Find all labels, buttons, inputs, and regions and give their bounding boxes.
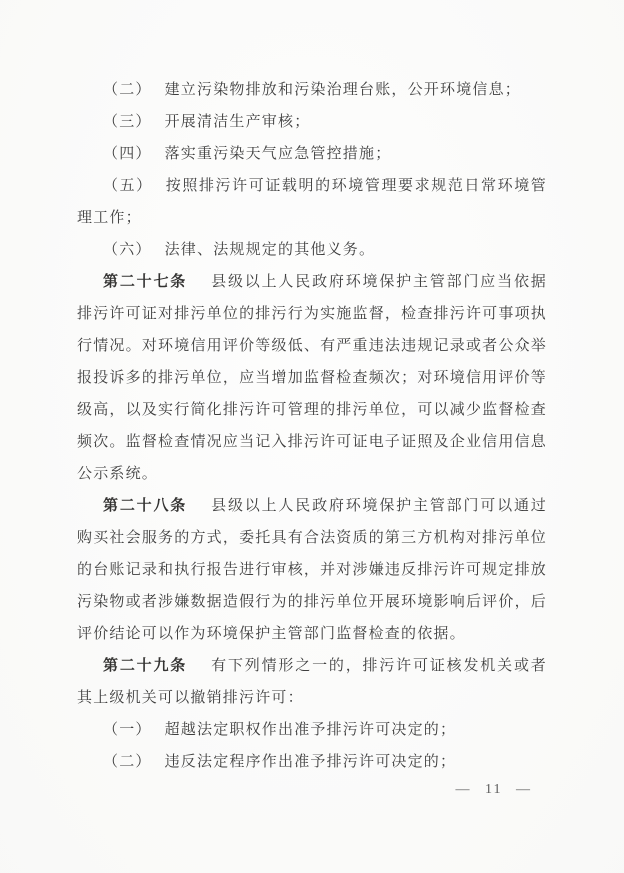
sub-list-item: （二）违反法定程序作出准予排污许可决定的；: [77, 746, 547, 778]
article-paragraph: 第二十八条县级以上人民政府环境保护主管部门可以通过购买社会服务的方式，委托具有合…: [77, 490, 547, 650]
sub-list-item-text: 违反法定程序作出准予排污许可决定的；: [165, 754, 457, 770]
list-item: （六）法律、法规规定的其他义务。: [77, 234, 547, 266]
list-item: （三）开展清洁生产审核；: [77, 106, 547, 138]
list-item-label: （二）: [103, 82, 152, 98]
article-text: 县级以上人民政府环境保护主管部门应当依据排污许可证对排污单位的排污行为实施监督，…: [77, 274, 547, 482]
list-item: （四）落实重污染天气应急管控措施；: [77, 138, 547, 170]
list-item-label: （三）: [103, 114, 152, 130]
article-text: 县级以上人民政府环境保护主管部门可以通过购买社会服务的方式，委托具有合法资质的第…: [77, 498, 547, 642]
list-item-text: 建立污染物排放和污染治理台账，公开环境信息；: [165, 82, 521, 98]
document-content: （二）建立污染物排放和污染治理台账，公开环境信息； （三）开展清洁生产审核； （…: [77, 74, 547, 778]
article-heading: 第二十八条: [103, 498, 187, 514]
list-item: （五）按照排污许可证载明的环境管理要求规范日常环境管理工作；: [77, 170, 547, 234]
article-heading: 第二十七条: [103, 274, 187, 290]
document-page: （二）建立污染物排放和污染治理台账，公开环境信息； （三）开展清洁生产审核； （…: [0, 0, 624, 873]
list-item-text: 落实重污染天气应急管控措施；: [165, 146, 392, 162]
page-number: — 11 —: [456, 779, 532, 801]
sub-list-item-label: （一）: [103, 722, 152, 738]
list-item-label: （四）: [103, 146, 152, 162]
list-item-text: 开展清洁生产审核；: [165, 114, 311, 130]
article-heading: 第二十九条: [103, 658, 187, 674]
list-item-label: （五）: [103, 178, 153, 194]
sub-list-item-text: 超越法定职权作出准予排污许可决定的；: [165, 722, 457, 738]
article-paragraph: 第二十七条县级以上人民政府环境保护主管部门应当依据排污许可证对排污单位的排污行为…: [77, 266, 547, 490]
sub-list-item: （一）超越法定职权作出准予排污许可决定的；: [77, 714, 547, 746]
list-item-text: 法律、法规规定的其他义务。: [165, 242, 376, 258]
article-paragraph: 第二十九条有下列情形之一的，排污许可证核发机关或者其上级机关可以撤销排污许可：: [77, 650, 547, 714]
list-item-label: （六）: [103, 242, 152, 258]
list-item: （二）建立污染物排放和污染治理台账，公开环境信息；: [77, 74, 547, 106]
sub-list-item-label: （二）: [103, 754, 152, 770]
